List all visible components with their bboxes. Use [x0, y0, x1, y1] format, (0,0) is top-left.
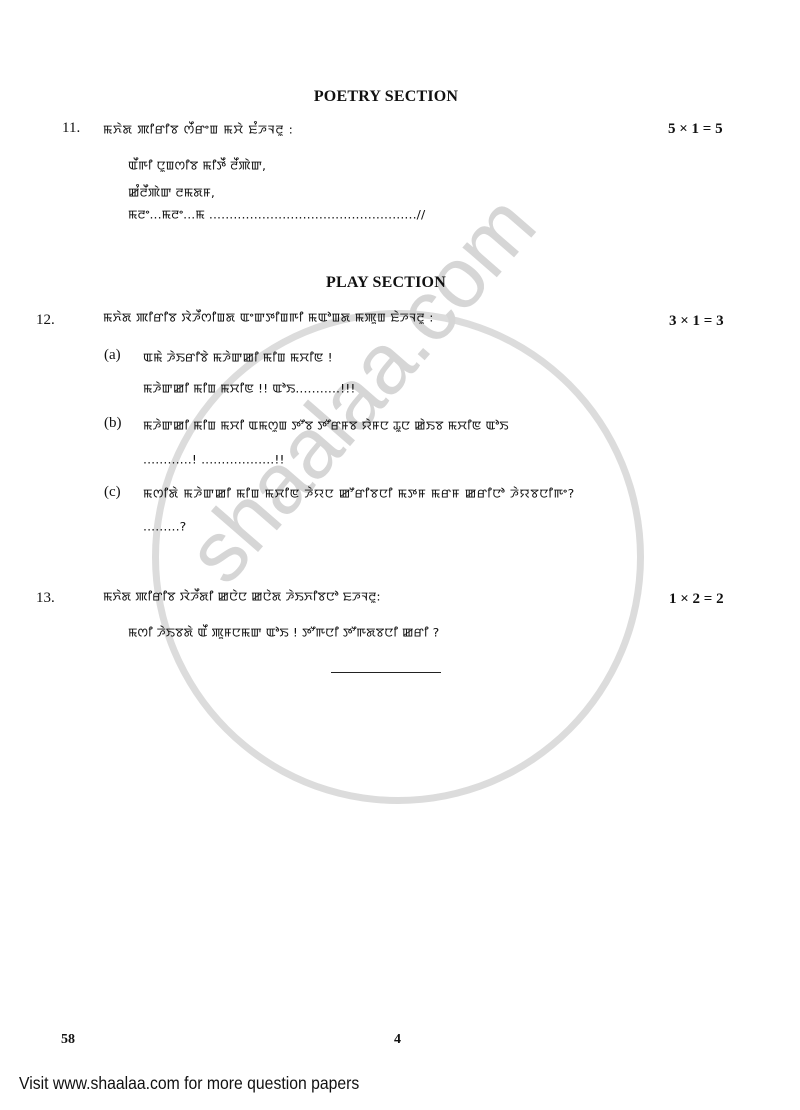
part-a-label: (a): [104, 347, 121, 364]
question-11-prompt: ꯃꯈꯥꯗ ꯄꯤꯔꯤꯕ ꯁꯩꯔꯦꯡ ꯃꯆꯥ ꯐꯪꯍꯜꯂꯨ :: [103, 122, 293, 138]
part-a-line-1: ꯑꯃꯥ ꯍꯥꯏꯔꯤꯕꯥ ꯃꯍꯥꯛꯀꯤ ꯃꯤꯡ ꯃꯆꯤꯟ !: [143, 350, 333, 366]
question-12-marks: 3 × 1 = 3: [669, 313, 724, 330]
visit-link[interactable]: Visit www.shaalaa.com for more question …: [19, 1073, 359, 1094]
question-13-marks: 1 × 2 = 2: [669, 591, 724, 608]
part-c-line-2: .........?: [143, 519, 186, 533]
part-b-line-1: ꯃꯍꯥꯛꯀꯤ ꯃꯤꯡ ꯃꯆꯤ ꯑꯃꯁꯨꯡ ꯇꯧꯕ ꯇꯧꯔꯝꯕ ꯌꯥꯝꯅ ꯊꯨꯅ …: [143, 418, 509, 434]
question-13-line: ꯃꯁꯤ ꯍꯥꯏꯕꯗꯥ ꯑꯩ ꯄꯨꯝꯅꯃꯛ ꯑꯣꯏ ! ꯇꯧꯒꯅꯤ ꯇꯧꯒꯗꯕꯅꯤ…: [128, 625, 439, 641]
page-number: 4: [394, 1032, 401, 1048]
poem-line-3: ꯃꯂꯦ...ꯃꯂꯦ...ꯃ ..........................…: [128, 207, 425, 223]
part-c-line-1: ꯃꯁꯤꯗꯥ ꯃꯍꯥꯛꯀꯤ ꯃꯤꯡ ꯃꯆꯤꯟ ꯍꯥꯌꯅ ꯀꯧꯔꯤꯕꯅꯤ ꯃꯇꯝ ꯃ…: [143, 486, 575, 502]
part-a-line-2: ꯃꯍꯥꯛꯀꯤ ꯃꯤꯡ ꯃꯆꯤꯟ !! ꯑꯣꯏ...........!!!: [143, 381, 355, 397]
question-12-number: 12.: [36, 312, 55, 329]
question-11-number: 11.: [62, 120, 80, 137]
play-section-title: PLAY SECTION: [326, 274, 446, 292]
paper-code: 58: [61, 1032, 75, 1048]
part-c-label: (c): [104, 484, 121, 501]
end-rule: [331, 672, 441, 673]
question-12-prompt: ꯃꯈꯥꯗ ꯄꯤꯔꯤꯕ ꯋꯥꯍꯩꯁꯤꯡꯗ ꯑꯦꯛꯇꯤꯡꯒꯤ ꯃꯑꯣꯡꯗ ꯃꯄꯨꯡ …: [103, 310, 434, 326]
poetry-section-title: POETRY SECTION: [314, 88, 458, 106]
part-b-line-2: ............! ..................!!: [143, 452, 285, 466]
exam-page: POETRY SECTION 11. ꯃꯈꯥꯗ ꯄꯤꯔꯤꯕ ꯁꯩꯔꯦꯡ ꯃꯆꯥ …: [0, 0, 800, 1110]
question-13-prompt: ꯃꯈꯥꯗ ꯄꯤꯔꯤꯕ ꯋꯥꯍꯩꯗꯤ ꯀꯅꯥꯅ ꯀꯅꯥꯗ ꯍꯥꯏꯈꯤꯕꯅꯣ ꯐꯍꯜ…: [103, 589, 381, 605]
poem-line-1: ꯑꯩꯒꯤ ꯅꯨꯡꯁꯤꯕ ꯃꯤꯇꯩ ꯂꯩꯄꯥꯛ,: [128, 158, 266, 174]
poem-line-2: ꯀꯪꯂꯩꯄꯥꯛ ꯂꯃꯗꯝ,: [128, 185, 215, 201]
question-13-number: 13.: [36, 590, 55, 607]
question-11-marks: 5 × 1 = 5: [668, 121, 723, 138]
part-b-label: (b): [104, 415, 122, 432]
